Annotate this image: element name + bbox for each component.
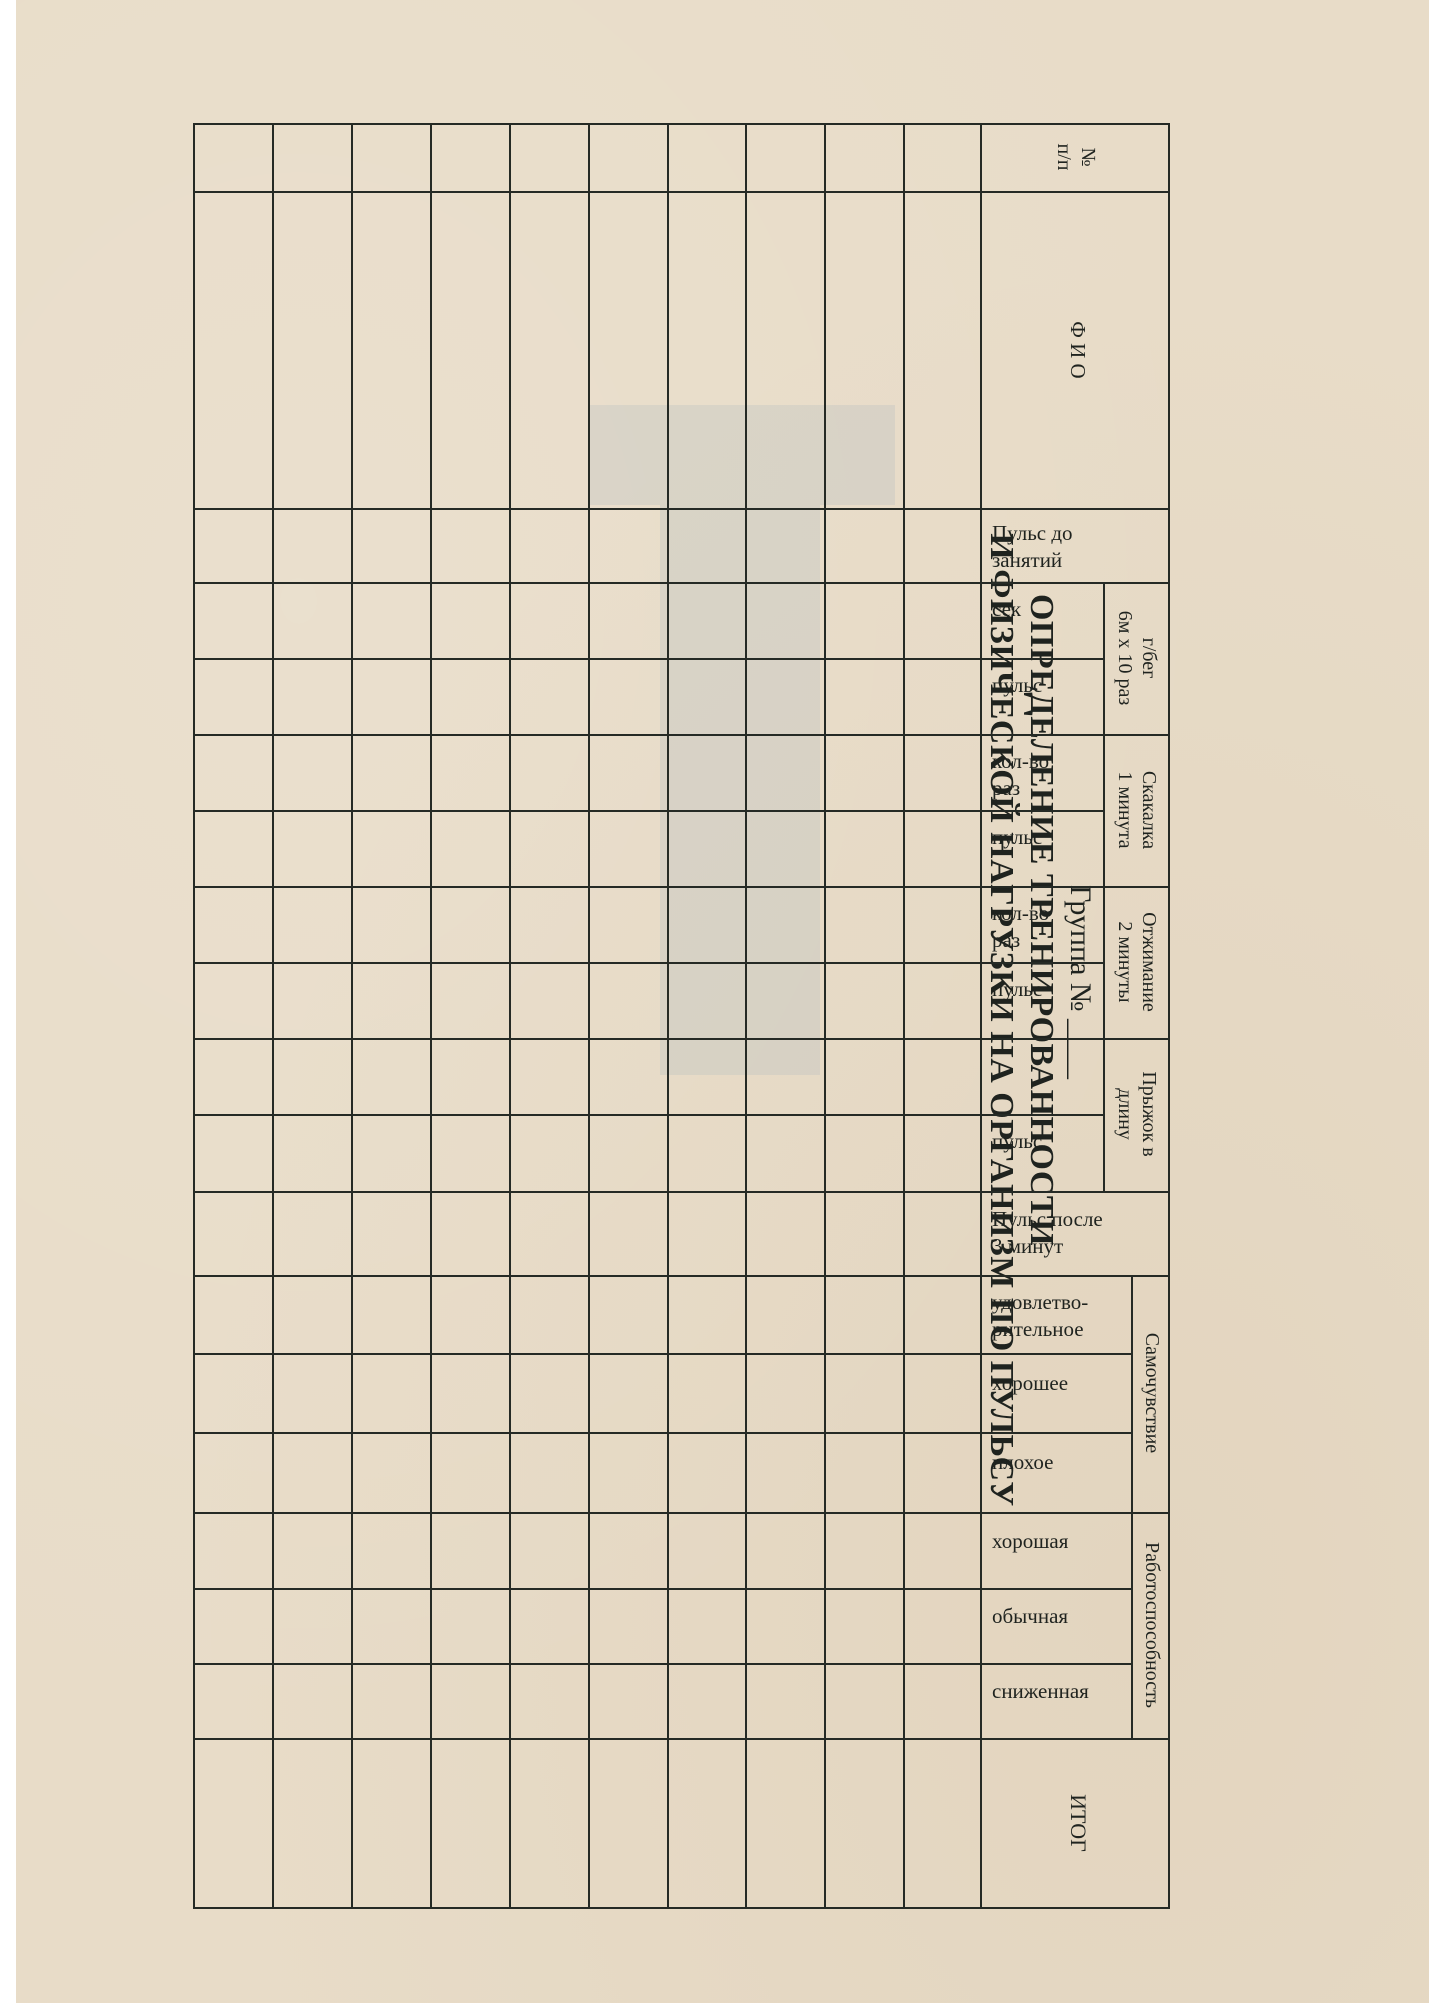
table-row[interactable] (824, 123, 903, 1907)
table-row[interactable] (509, 123, 588, 1907)
sub-capacity-good: хорошая (992, 1528, 1068, 1555)
sub-pushups-count: кол-во раз (992, 900, 1049, 954)
table-row[interactable] (667, 123, 745, 1907)
header-divider (980, 123, 982, 1907)
table-row[interactable] (903, 123, 980, 1907)
group-wellbeing: Самочувствие (1136, 1303, 1164, 1483)
table-row[interactable] (430, 123, 509, 1907)
sub-wellbeing-good: хорошее (992, 1370, 1068, 1397)
header-total: ИТОГ (1060, 1783, 1090, 1863)
header-pulse-before: Пульс до занятий (992, 520, 1073, 574)
header-number: № п/п (1050, 127, 1100, 187)
sub-capacity-normal: обычная (992, 1603, 1068, 1630)
header-full-name: Ф И О (1060, 300, 1090, 400)
group-long-jump: Прыжок в длину (1111, 1039, 1161, 1189)
sub-pushups-pulse: пульс (992, 976, 1042, 1003)
table-border-right (1168, 123, 1170, 1907)
sub-wellbeing-bad: плохое (992, 1449, 1053, 1476)
group-shuttle-run: г/бег 6м х 10 раз (1111, 583, 1161, 733)
sub-wellbeing-satisfactory: удовлетво- рительное (992, 1289, 1088, 1343)
document-title-line2: И ФИЗИЧЕСКОЙ НАГРУЗКИ НА ОРГАНИЗМ ПО ПУЛ… (980, 480, 1020, 1560)
sub-jump-rope-pulse: пульс (992, 824, 1042, 851)
sub-jump-rope-count: кол-во раз (992, 748, 1049, 802)
group-jump-rope: Скакалка 1 минута (1111, 735, 1161, 885)
sub-long-jump-pulse: пульс (992, 1128, 1042, 1155)
table-row[interactable] (272, 123, 351, 1907)
group-pushups: Отжимание 2 минуты (1111, 887, 1161, 1037)
table-row[interactable] (745, 123, 824, 1907)
group-number-label: Группа № ____ (1063, 872, 1097, 1092)
subgroup-divider (1131, 1275, 1133, 1738)
table-row[interactable] (193, 123, 272, 1907)
table-border-bottom (193, 1907, 1170, 1909)
table-row[interactable] (351, 123, 430, 1907)
header-pulse-after: Пульс после 3 минут (992, 1206, 1103, 1260)
group-working-capacity: Работоспособность (1136, 1510, 1164, 1740)
sub-shuttle-pulse: пульс (992, 672, 1042, 699)
table-row[interactable] (588, 123, 667, 1907)
sub-shuttle-seconds: сек (992, 596, 1021, 623)
sub-capacity-reduced: сниженная (992, 1678, 1089, 1705)
